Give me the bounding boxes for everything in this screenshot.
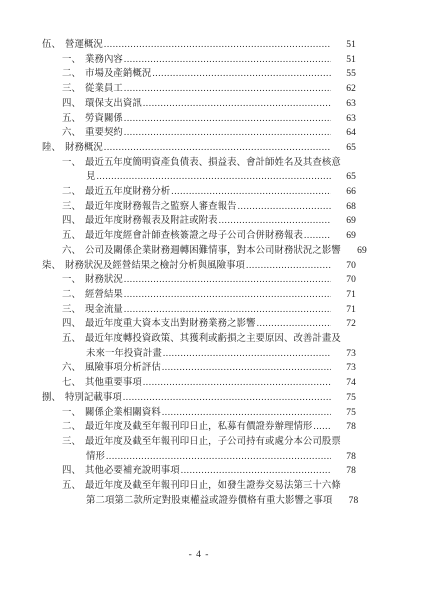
- toc-entry-title: 特別記載事項: [65, 391, 122, 406]
- toc-entry-page: 51: [334, 53, 356, 68]
- dot-leader: [106, 450, 331, 465]
- toc-entry-page: 78: [334, 450, 356, 465]
- toc-entry-number: 二、: [62, 288, 85, 303]
- dot-leader: [304, 229, 331, 244]
- toc-entry: 三、 最近年度財務報告之監察人審查報告 68: [62, 200, 356, 215]
- dot-leader: [257, 317, 331, 332]
- toc-entry: 捌、 特別記載事項 75: [42, 391, 356, 406]
- toc-entry-number: 六、: [62, 361, 85, 376]
- toc-entry: 四、 其他必要補充說明事項 78: [62, 464, 356, 479]
- dot-leader: [181, 464, 331, 479]
- toc-entry: 未來一年投資計畫 73: [86, 347, 356, 362]
- dot-leader: [124, 303, 331, 318]
- toc-entry-page: 62: [334, 82, 356, 97]
- dot-leader: [162, 361, 331, 376]
- toc-entry: 二、 經營結果 71: [62, 288, 356, 303]
- toc-entry-page: 69: [345, 244, 367, 259]
- toc-entry: 一、 最近五年度簡明資產負債表、損益表、會計師姓名及其查核意: [62, 156, 356, 171]
- dot-leader: [143, 97, 331, 112]
- toc-entry-number: 三、: [62, 435, 85, 450]
- toc-entry-number: 五、: [62, 112, 85, 127]
- dot-leader: [124, 112, 331, 127]
- toc-entry-number: 一、: [62, 156, 85, 171]
- toc-entry-page: 63: [334, 112, 356, 127]
- toc-entry: 五、 最近年度轉投資政策、其獲利或虧損之主要原因、改善計畫及: [62, 332, 356, 347]
- toc-entry-title: 財務狀況: [85, 273, 123, 288]
- toc-entry: 一、 財務狀況 70: [62, 273, 356, 288]
- dot-leader: [162, 406, 331, 421]
- table-of-contents: 伍、 營運概況 51 一、 業務內容 51 二、 市場及產銷概況 55 三、 從…: [42, 38, 356, 509]
- dot-leader: [104, 141, 331, 156]
- document-page: 伍、 營運概況 51 一、 業務內容 51 二、 市場及產銷概況 55 三、 從…: [0, 0, 425, 600]
- toc-entry: 伍、 營運概況 51: [42, 38, 356, 53]
- toc-entry-title: 最近年度及截至年報刊印日止，私募有價證券辦理情形: [85, 420, 312, 435]
- toc-entry: 六、 公司及關係企業財務週轉困難情事，對本公司財務狀況之影響 69: [62, 244, 356, 259]
- toc-entry-page: 65: [334, 170, 356, 185]
- dot-leader: [163, 347, 331, 362]
- toc-entry-page: 69: [334, 229, 356, 244]
- toc-entry: 七、 其他重要事項 74: [62, 376, 356, 391]
- toc-entry: 見 65: [86, 170, 356, 185]
- toc-entry-number: 四、: [62, 97, 85, 112]
- toc-entry-number: 柒、: [42, 259, 65, 274]
- toc-entry-title: 最近年度及截至年報刊印日止，如發生證券交易法第三十六條: [85, 479, 341, 494]
- toc-entry-number: 五、: [62, 479, 85, 494]
- toc-entry-title: 其他重要事項: [85, 376, 142, 391]
- toc-entry-number: 四、: [62, 317, 85, 332]
- toc-entry-title: 從業員工: [85, 82, 123, 97]
- dot-leader: [152, 67, 331, 82]
- toc-entry: 五、 勞資關係 63: [62, 112, 356, 127]
- dot-leader: [124, 126, 331, 141]
- toc-entry-title: 最近年度經會計師查核簽證之母子公司合併財務報表: [85, 229, 303, 244]
- toc-entry-title: 風險事項分析評估: [85, 361, 161, 376]
- toc-entry-title: 情形: [86, 450, 105, 465]
- toc-entry-number: 五、: [62, 332, 85, 347]
- toc-entry-page: 68: [334, 200, 356, 215]
- toc-entry-page: 78: [334, 464, 356, 479]
- toc-entry: 第二項第二款所定對股東權益或證券價格有重大影響之事項 78: [86, 494, 356, 509]
- toc-entry: 二、 市場及產銷概況 55: [62, 67, 356, 82]
- toc-entry-title: 業務內容: [85, 53, 123, 68]
- toc-entry: 三、 最近年度及截至年報刊印日止，子公司持有或處分本公司股票: [62, 435, 356, 450]
- toc-entry-title: 最近年度財務報表及附註或附表: [85, 214, 218, 229]
- dot-leader: [124, 273, 331, 288]
- dot-leader: [246, 259, 331, 274]
- toc-entry-number: 一、: [62, 406, 85, 421]
- toc-entry: 一、 業務內容 51: [62, 53, 356, 68]
- toc-entry: 二、 最近年度及截至年報刊印日止，私募有價證券辦理情形 78: [62, 420, 356, 435]
- toc-entry-title: 最近五年度財務分析: [85, 185, 170, 200]
- toc-entry-title: 重要契約: [85, 126, 123, 141]
- toc-entry-title: 未來一年投資計畫: [86, 347, 162, 362]
- dot-leader: [124, 82, 331, 97]
- toc-entry-page: 51: [334, 38, 356, 53]
- dot-leader: [124, 53, 331, 68]
- toc-entry-title: 最近年度重大資本支出對財務業務之影響: [85, 317, 256, 332]
- toc-entry-page: 78: [336, 494, 358, 509]
- toc-entry-number: 捌、: [42, 391, 65, 406]
- toc-entry-title: 最近年度財務報告之監察人審查報告: [85, 200, 237, 215]
- toc-entry-page: 63: [334, 97, 356, 112]
- toc-entry: 六、 重要契約 64: [62, 126, 356, 141]
- toc-entry-page: 55: [334, 67, 356, 82]
- toc-entry-page: 66: [334, 185, 356, 200]
- toc-entry-page: 78: [334, 420, 356, 435]
- dot-leader: [313, 420, 331, 435]
- toc-entry-number: 四、: [62, 464, 85, 479]
- toc-entry-number: 一、: [62, 273, 85, 288]
- toc-entry-title: 財務狀況及經營結果之檢討分析與風險事項: [65, 259, 245, 274]
- toc-entry-title: 環保支出資訊: [85, 97, 142, 112]
- toc-entry: 二、 最近五年度財務分析 66: [62, 185, 356, 200]
- dot-leader: [171, 185, 331, 200]
- toc-entry-page: 71: [334, 303, 356, 318]
- toc-entry-title: 其他必要補充說明事項: [85, 464, 180, 479]
- toc-entry-page: 73: [334, 361, 356, 376]
- toc-entry-number: 四、: [62, 214, 85, 229]
- dot-leader: [124, 288, 331, 303]
- toc-entry-page: 75: [334, 391, 356, 406]
- toc-entry-page: 72: [334, 317, 356, 332]
- toc-entry: 四、 環保支出資訊 63: [62, 97, 356, 112]
- toc-entry-page: 71: [334, 288, 356, 303]
- dot-leader: [219, 214, 331, 229]
- toc-entry-number: 六、: [62, 126, 85, 141]
- toc-entry: 三、 現金流量 71: [62, 303, 356, 318]
- toc-entry: 五、 最近年度及截至年報刊印日止，如發生證券交易法第三十六條: [62, 479, 356, 494]
- toc-entry: 五、 最近年度經會計師查核簽證之母子公司合併財務報表 69: [62, 229, 356, 244]
- page-number-footer: - 4 -: [42, 550, 356, 560]
- toc-entry-page: 70: [334, 259, 356, 274]
- toc-entry-title: 見: [86, 170, 95, 185]
- toc-entry-title: 第二項第二款所定對股東權益或證券價格有重大影響之事項: [86, 494, 332, 509]
- toc-entry-title: 現金流量: [85, 303, 123, 318]
- toc-entry-title: 營運概況: [65, 38, 103, 53]
- toc-entry: 陸、 財務概況 65: [42, 141, 356, 156]
- toc-entry: 柒、 財務狀況及經營結果之檢討分析與風險事項 70: [42, 259, 356, 274]
- toc-entry: 四、 最近年度重大資本支出對財務業務之影響 72: [62, 317, 356, 332]
- toc-entry-title: 經營結果: [85, 288, 123, 303]
- toc-entry-number: 陸、: [42, 141, 65, 156]
- toc-entry: 四、 最近年度財務報表及附註或附表 69: [62, 214, 356, 229]
- toc-entry-page: 75: [334, 406, 356, 421]
- toc-entry: 一、 關係企業相關資料 75: [62, 406, 356, 421]
- dot-leader: [238, 200, 331, 215]
- toc-entry-number: 一、: [62, 53, 85, 68]
- toc-entry: 六、 風險事項分析評估 73: [62, 361, 356, 376]
- toc-entry-number: 七、: [62, 376, 85, 391]
- toc-entry-number: 五、: [62, 229, 85, 244]
- toc-entry-title: 公司及關係企業財務週轉困難情事，對本公司財務狀況之影響: [85, 244, 341, 259]
- toc-entry: 三、 從業員工 62: [62, 82, 356, 97]
- toc-entry-page: 74: [334, 376, 356, 391]
- toc-entry-page: 64: [334, 126, 356, 141]
- toc-entry-title: 勞資關係: [85, 112, 123, 127]
- toc-entry: 情形 78: [86, 450, 356, 465]
- toc-entry-number: 三、: [62, 82, 85, 97]
- toc-entry-title: 市場及產銷概況: [85, 67, 151, 82]
- dot-leader: [96, 170, 331, 185]
- toc-entry-title: 財務概況: [65, 141, 103, 156]
- dot-leader: [143, 376, 331, 391]
- toc-entry-title: 最近五年度簡明資產負債表、損益表、會計師姓名及其查核意: [85, 156, 341, 171]
- toc-entry-title: 最近年度及截至年報刊印日止，子公司持有或處分本公司股票: [85, 435, 341, 450]
- dot-leader: [123, 391, 331, 406]
- toc-entry-page: 73: [334, 347, 356, 362]
- toc-entry-title: 關係企業相關資料: [85, 406, 161, 421]
- toc-entry-page: 65: [334, 141, 356, 156]
- dot-leader: [104, 38, 331, 53]
- toc-entry-number: 三、: [62, 303, 85, 318]
- toc-entry-number: 二、: [62, 67, 85, 82]
- toc-entry-number: 二、: [62, 420, 85, 435]
- toc-entry-number: 伍、: [42, 38, 65, 53]
- toc-entry-page: 69: [334, 214, 356, 229]
- toc-entry-number: 二、: [62, 185, 85, 200]
- toc-entry-page: 70: [334, 273, 356, 288]
- toc-entry-number: 三、: [62, 200, 85, 215]
- toc-entry-title: 最近年度轉投資政策、其獲利或虧損之主要原因、改善計畫及: [85, 332, 341, 347]
- toc-entry-number: 六、: [62, 244, 85, 259]
